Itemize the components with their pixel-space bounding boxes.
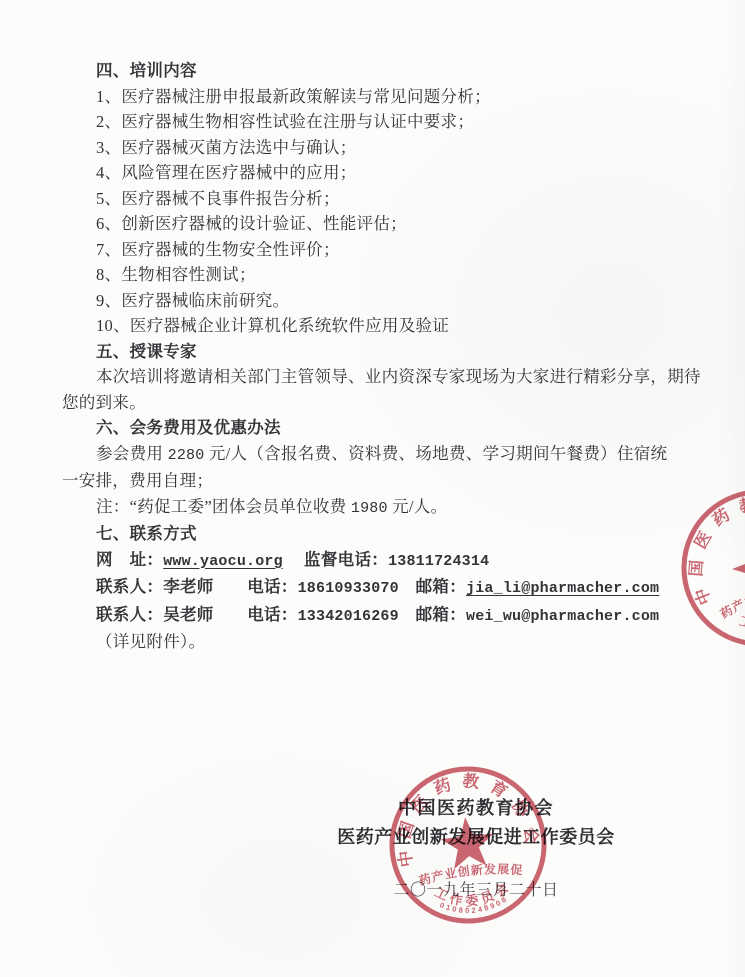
- seal-mid-text: 医药产业创新发展促进: [705, 538, 745, 622]
- signature-org-1: 中国医药教育协会: [280, 796, 672, 820]
- text-line: 1、医疗器械注册申报最新政策解读与常见问题分析；: [62, 84, 688, 110]
- text-segment: 7、医疗器械的生物安全性评价；: [96, 240, 340, 259]
- text-segment: 10、医疗器械企业计算机化系统软件应用及验证: [96, 316, 449, 335]
- text-segment: 8、生物相容性测试；: [96, 265, 256, 284]
- text-line: （详见附件）。: [62, 629, 688, 655]
- section-heading: 七、联系方式: [62, 521, 688, 547]
- text-segment: 4、风险管理在医疗器械中的应用；: [96, 163, 357, 182]
- text-segment: 13811724314: [388, 553, 489, 570]
- text-segment: 五、授课专家: [96, 342, 197, 361]
- signature-date: 二〇一九年三月二十日: [280, 880, 672, 902]
- text-line: 本次培训将邀请相关部门主管领导、业内资深专家现场为大家进行精彩分享，期待: [62, 364, 688, 390]
- link-text: www.yaocu.org: [163, 553, 283, 570]
- text-line: 7、医疗器械的生物安全性评价；: [62, 237, 688, 263]
- text-segment: 1980: [351, 500, 388, 517]
- text-segment: 元/人（含报名费、资料费、场地费、学习期间午餐费）住宿统: [204, 444, 667, 463]
- text-segment: 18610933070: [298, 580, 399, 597]
- text-segment: 13342016269: [298, 608, 399, 625]
- contact-line: 网 址：www.yaocu.org 监督电话：13811724314: [62, 547, 688, 575]
- signature-block: 中国医药教育协会 医药产业创新发展促进工作委员会 二〇一九年三月二十日: [280, 796, 672, 902]
- text-segment: 3、医疗器械灭菌方法选中与确认；: [96, 138, 357, 157]
- text-segment: 邮箱：: [399, 577, 466, 596]
- text-segment: 元/人。: [388, 497, 448, 516]
- text-line: 注：“药促工委”团体会员单位收费 1980 元/人。: [62, 494, 688, 522]
- text-segment: 联系人：吴老师 电话：: [96, 605, 298, 624]
- document-page: 四、培训内容1、医疗器械注册申报最新政策解读与常见问题分析；2、医疗器械生物相容…: [0, 0, 745, 977]
- text-line: 一安排，费用自理；: [62, 468, 688, 494]
- text-segment: 1、医疗器械注册申报最新政策解读与常见问题分析；: [96, 87, 491, 106]
- text-line: 2、医疗器械生物相容性试验在注册与认证中要求；: [62, 109, 688, 135]
- text-line: 10、医疗器械企业计算机化系统软件应用及验证: [62, 313, 688, 339]
- text-segment: 注：“药促工委”团体会员单位收费: [96, 497, 351, 516]
- signature-org-2: 医药产业创新发展促进工作委员会: [280, 825, 672, 849]
- contact-line: 联系人：吴老师 电话：13342016269 邮箱：wei_wu@pharmac…: [62, 602, 688, 630]
- text-segment: 六、会务费用及优惠办法: [96, 418, 281, 437]
- star-icon: [726, 533, 745, 599]
- text-segment: 邮箱：: [399, 605, 466, 624]
- link-text: jia_li@pharmacher.com: [466, 580, 659, 597]
- text-segment: 四、培训内容: [96, 61, 197, 80]
- text-line: 4、风险管理在医疗器械中的应用；: [62, 160, 688, 186]
- text-line: 您的到来。: [62, 390, 688, 416]
- contact-line: 联系人：李老师 电话：18610933070 邮箱：jia_li@pharmac…: [62, 574, 688, 602]
- text-segment: 一安排，费用自理；: [62, 471, 213, 490]
- text-segment: 七、联系方式: [96, 524, 197, 543]
- text-segment: wei_wu@pharmacher.com: [466, 608, 659, 625]
- text-segment: 6、创新医疗器械的设计验证、性能评估；: [96, 214, 407, 233]
- seal-bottom-text: 工作委员会: [734, 588, 745, 642]
- text-segment: 2280: [168, 447, 205, 464]
- text-line: 参会费用 2280 元/人（含报名费、资料费、场地费、学习期间午餐费）住宿统: [62, 441, 688, 469]
- text-segment: 9、医疗器械临床前研究。: [96, 291, 289, 310]
- section-heading: 五、授课专家: [62, 339, 688, 365]
- text-segment: 本次培训将邀请相关部门主管领导、业内资深专家现场为大家进行精彩分享，期待: [96, 367, 701, 386]
- text-line: 6、创新医疗器械的设计验证、性能评估；: [62, 211, 688, 237]
- section-heading: 六、会务费用及优惠办法: [62, 415, 688, 441]
- text-segment: 参会费用: [96, 444, 168, 463]
- section-heading: 四、培训内容: [62, 58, 688, 84]
- text-segment: 5、医疗器械不良事件报告分析；: [96, 189, 340, 208]
- text-line: 9、医疗器械临床前研究。: [62, 288, 688, 314]
- text-line: 8、生物相容性测试；: [62, 262, 688, 288]
- text-segment: 网 址：: [96, 550, 163, 569]
- text-segment: （详见附件）。: [96, 632, 205, 651]
- text-segment: 2、医疗器械生物相容性试验在注册与认证中要求；: [96, 112, 474, 131]
- text-segment: 联系人：李老师 电话：: [96, 577, 298, 596]
- text-segment: 您的到来。: [62, 393, 146, 412]
- text-line: 3、医疗器械灭菌方法选中与确认；: [62, 135, 688, 161]
- text-line: 5、医疗器械不良事件报告分析；: [62, 186, 688, 212]
- document-body: 四、培训内容1、医疗器械注册申报最新政策解读与常见问题分析；2、医疗器械生物相容…: [62, 58, 688, 655]
- text-segment: 监督电话：: [283, 550, 388, 569]
